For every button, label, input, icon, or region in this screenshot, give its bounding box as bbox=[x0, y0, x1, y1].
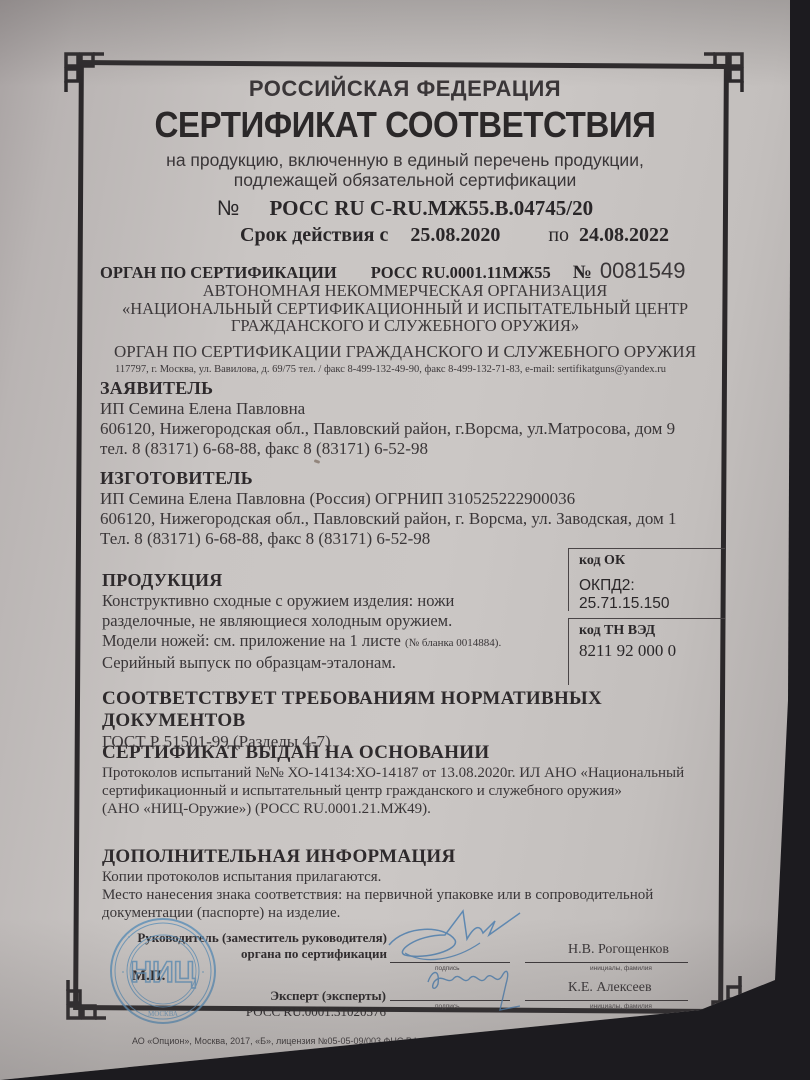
tnved-code-value: 8211 92 000 0 bbox=[579, 641, 725, 661]
product-section: ПРОДУКЦИЯ Конструктивно сходные с оружие… bbox=[102, 570, 501, 673]
expert-signature-icon bbox=[420, 960, 540, 1025]
validity-period: Срок действия с25.08.2020по 24.08.2022 bbox=[240, 224, 669, 247]
number-value: РОСС RU С-RU.МЖ55.В.04745/20 bbox=[269, 196, 593, 220]
certificate-subtitle: на продукцию, включенную в единый перече… bbox=[90, 150, 720, 190]
valid-from: 25.08.2020 bbox=[410, 224, 500, 246]
product-heading: ПРОДУКЦИЯ bbox=[102, 570, 501, 591]
applicant-section: ЗАЯВИТЕЛЬ ИП Семина Елена Павловна 60612… bbox=[100, 378, 675, 459]
org-line: «НАЦИОНАЛЬНЫЙ СЕРТИФИКАЦИОННЫЙ И ИСПЫТАТ… bbox=[90, 300, 720, 318]
name-line bbox=[525, 1000, 688, 1001]
tnved-code-label: код ТН ВЭД bbox=[579, 623, 725, 639]
basis-heading: СЕРТИФИКАТ ВЫДАН НА ОСНОВАНИИ bbox=[102, 742, 684, 764]
official-stamp-icon: НИЦ МОСКВА bbox=[108, 916, 218, 1026]
head-name: Н.В. Рогощенков bbox=[568, 942, 669, 958]
blank-number: 0081549 bbox=[600, 258, 686, 283]
border-ornament-icon bbox=[702, 976, 742, 1016]
certificate-title: СЕРТИФИКАТ СООТВЕТСТВИЯ bbox=[115, 104, 695, 146]
applicant-heading: ЗАЯВИТЕЛЬ bbox=[100, 378, 675, 399]
additional-info-section: ДОПОЛНИТЕЛЬНАЯ ИНФОРМАЦИЯ Копии протокол… bbox=[102, 846, 653, 922]
basis-line: сертификационный и испытательный центр г… bbox=[102, 782, 684, 800]
additional-info-line: Копии протоколов испытания прилагаются. bbox=[102, 868, 653, 886]
name-line bbox=[525, 962, 688, 963]
basis-line: Протоколов испытаний №№ ХО-14134:ХО-1418… bbox=[102, 764, 684, 782]
product-line: Конструктивно сходные с оружием изделия:… bbox=[102, 591, 501, 611]
valid-to-label: по bbox=[548, 224, 569, 246]
certificate-number: №РОСС RU С-RU.МЖ55.В.04745/20 bbox=[90, 196, 720, 221]
applicant-address: 606120, Нижегородская обл., Павловский р… bbox=[100, 419, 675, 439]
subtitle-line: подлежащей обязательной сертификации bbox=[90, 170, 720, 190]
country-heading: РОССИЙСКАЯ ФЕДЕРАЦИЯ bbox=[90, 76, 720, 102]
product-models: Модели ножей: см. приложение на 1 листе bbox=[102, 631, 405, 650]
basis-section: СЕРТИФИКАТ ВЫДАН НА ОСНОВАНИИ Протоколов… bbox=[102, 742, 684, 818]
expert-name: К.Е. Алексеев bbox=[568, 980, 652, 996]
organ-address: 117797, г. Москва, ул. Вавилова, д. 69/7… bbox=[115, 364, 666, 375]
stamp-center-text: НИЦ bbox=[130, 956, 195, 989]
ok-code-box: код ОК ОКПД2: 25.71.15.150 bbox=[568, 548, 725, 611]
printer-footer: АО «Опцион», Москва, 2017, «Б», лицензия… bbox=[132, 1036, 615, 1046]
name-caption: инициалы, фамилия bbox=[590, 1003, 652, 1010]
border-ornament-icon bbox=[66, 980, 106, 1020]
manufacturer-heading: ИЗГОТОВИТЕЛЬ bbox=[100, 468, 677, 489]
additional-info-line: Место нанесения знака соответствия: на п… bbox=[102, 886, 653, 904]
manufacturer-address: 606120, Нижегородская обл., Павловский р… bbox=[100, 509, 677, 529]
subtitle-line: на продукцию, включенную в единый перече… bbox=[90, 150, 720, 170]
product-line: Модели ножей: см. приложение на 1 листе … bbox=[102, 631, 501, 653]
organization-name: АВТОНОМНАЯ НЕКОММЕРЧЕСКАЯ ОРГАНИЗАЦИЯ «Н… bbox=[90, 282, 720, 335]
ok-code-value: ОКПД2: 25.71.15.150 bbox=[579, 577, 725, 613]
applicant-name: ИП Семина Елена Павловна bbox=[100, 399, 675, 419]
number-label: № bbox=[217, 197, 240, 220]
product-line: разделочные, не являющиеся холодным оруж… bbox=[102, 611, 501, 631]
manufacturer-phone: Тел. 8 (83171) 6-68-88, факс 8 (83171) 6… bbox=[100, 529, 677, 549]
validity-label: Срок действия с bbox=[240, 224, 388, 246]
org-line: ГРАЖДАНСКОГО И СЛУЖЕБНОГО ОРУЖИЯ» bbox=[90, 317, 720, 335]
applicant-phone: тел. 8 (83171) 6-68-88, факс 8 (83171) 6… bbox=[100, 439, 675, 459]
manufacturer-name: ИП Семина Елена Павловна (Россия) ОГРНИП… bbox=[100, 489, 677, 509]
organ-label: ОРГАН ПО СЕРТИФИКАЦИИ bbox=[100, 263, 337, 282]
basis-line: (АНО «НИЦ-Оружие») (РОСС RU.0001.21.МЖ49… bbox=[102, 800, 684, 818]
blank-number-label: № bbox=[573, 262, 592, 283]
norms-heading: СООТВЕТСТВУЕТ ТРЕБОВАНИЯМ НОРМАТИВНЫХ ДО… bbox=[102, 688, 720, 732]
manufacturer-section: ИЗГОТОВИТЕЛЬ ИП Семина Елена Павловна (Р… bbox=[100, 468, 677, 549]
ok-code-label: код ОК bbox=[579, 553, 725, 569]
certificate-paper: РОССИЙСКАЯ ФЕДЕРАЦИЯ СЕРТИФИКАТ СООТВЕТС… bbox=[0, 0, 792, 1080]
tnved-code-box: код ТН ВЭД 8211 92 000 0 bbox=[568, 618, 725, 685]
organ-code: РОСС RU.0001.11МЖ55 bbox=[371, 263, 551, 282]
stamp-city: МОСКВА bbox=[148, 1010, 178, 1018]
org-line: АВТОНОМНАЯ НЕКОММЕРЧЕСКАЯ ОРГАНИЗАЦИЯ bbox=[90, 282, 720, 300]
name-caption: инициалы, фамилия bbox=[590, 965, 652, 972]
organ-full-name: ОРГАН ПО СЕРТИФИКАЦИИ ГРАЖДАНСКОГО И СЛУ… bbox=[90, 342, 720, 362]
product-line: Серийный выпуск по образцам-эталонам. bbox=[102, 653, 501, 673]
valid-to: 24.08.2022 bbox=[579, 224, 669, 246]
blank-reference: (№ бланка 0014884). bbox=[405, 637, 501, 649]
additional-info-heading: ДОПОЛНИТЕЛЬНАЯ ИНФОРМАЦИЯ bbox=[102, 846, 653, 868]
